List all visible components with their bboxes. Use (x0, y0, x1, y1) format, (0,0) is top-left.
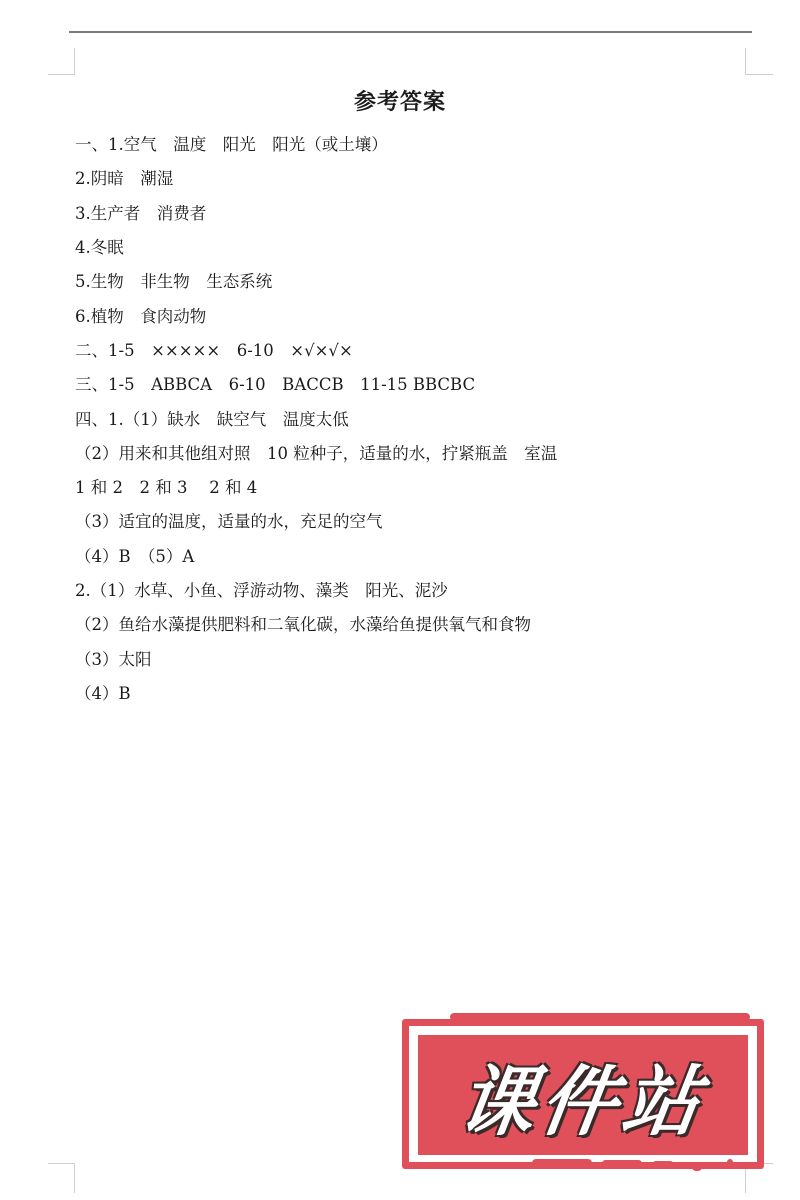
answer-line-section-1-q5: 5.生物 非生物 生态系统 (75, 265, 755, 299)
answer-line-section-1-q6: 6.植物 食肉动物 (75, 299, 755, 333)
answer-line-section-1-q3: 3.生产者 消费者 (75, 197, 755, 231)
answer-line-section-4-q2-4: （4）B (75, 677, 755, 711)
stamp-block: 课件站 (418, 1035, 748, 1155)
watermark-stamp: 课件站 (402, 1013, 770, 1173)
answer-line-section-4-q1-2b: 1 和 2 2 和 3 2 和 4 (75, 471, 755, 505)
answer-line-section-4-q1-2: （2）用来和其他组对照 10 粒种子，适量的水，拧紧瓶盖 室温 (75, 437, 755, 471)
answer-line-section-4-q2-2: （2）鱼给水藻提供肥料和二氧化碳，水藻给鱼提供氧气和食物 (75, 608, 755, 642)
answer-line-section-4-q1-1: 四、1.（1）缺水 缺空气 温度太低 (75, 402, 755, 436)
answer-line-section-4-q2-1: 2.（1）水草、小鱼、浮游动物、藻类 阳光、泥沙 (75, 574, 755, 608)
answer-line-section-1-q2: 2.阴暗 潮湿 (75, 162, 755, 196)
answer-line-section-1-q1: 一、1.空气 温度 阳光 阳光（或土壤） (75, 128, 755, 162)
answer-line-section-4-q1-3: （3）适宜的温度，适量的水，充足的空气 (75, 505, 755, 539)
answer-line-section-4-q2-3: （3）太阳 (75, 642, 755, 676)
answer-line-section-3: 三、1-5 ABBCA 6-10 BACCB 11-15 BBCBC (75, 368, 755, 402)
watermark-text: 课件站 (410, 1035, 757, 1155)
header-rule (69, 31, 752, 33)
answer-line-section-2: 二、1-5 ××××× 6-10 ×√×√× (75, 334, 755, 368)
answer-line-section-1-q4: 4.冬眠 (75, 231, 755, 265)
answer-list: 一、1.空气 温度 阳光 阳光（或土壤） 2.阴暗 潮湿 3.生产者 消费者 4… (75, 128, 755, 711)
stamp-speckles (402, 1159, 770, 1173)
answer-line-section-4-q1-4-5: （4）B （5）A (75, 540, 755, 574)
page-title: 参考答案 (0, 85, 800, 116)
